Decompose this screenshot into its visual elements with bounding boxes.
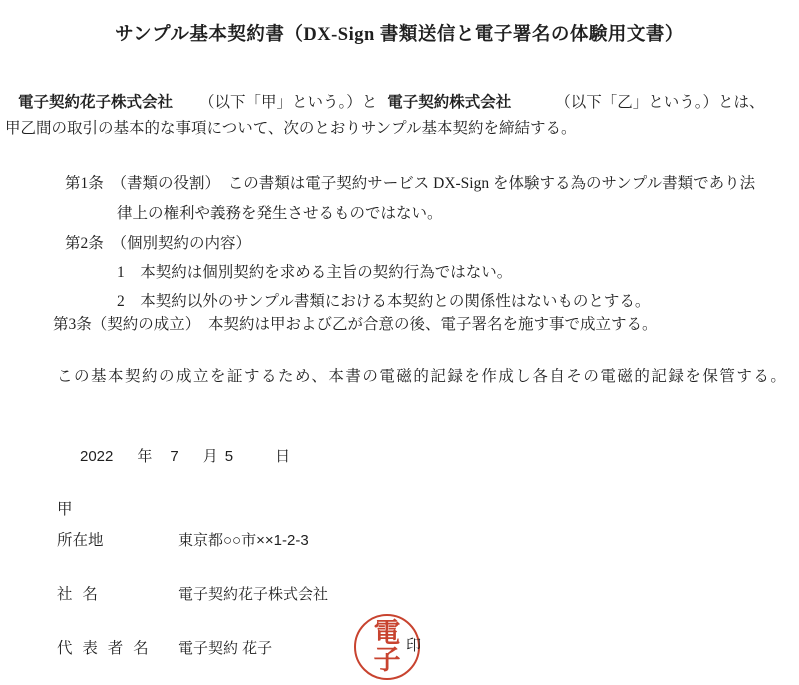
party-a-label: 甲 <box>57 497 73 519</box>
seal-char-top: 電 <box>374 620 401 647</box>
seal-in-mark: 印 <box>406 634 421 655</box>
article-2-item-1: 1 本契約は個別契約を求める主旨の契約行為ではない。 <box>117 260 512 282</box>
intro-line-2: 甲乙間の取引の基本的な事項について、次のとおりサンプル基本契約を締結する。 <box>5 116 577 138</box>
date-month-label: 月 <box>203 449 218 465</box>
article-1-line-2: 律上の権利や義務を発生させるものではない。 <box>117 201 443 223</box>
address-label: 所在地 <box>57 528 104 550</box>
contract-date: 2022年7月5日 <box>80 445 290 466</box>
address-row: 所在地 東京都○○市××1-2-3 <box>57 528 104 550</box>
article-1-line-1: 第1条 （書類の役割） この書類は電子契約サービス DX-Sign を体験する為… <box>65 171 755 193</box>
intro-line-1: 電子契約花子株式会社（以下「甲」という。）と電子契約株式会社（以下「乙」という。… <box>18 90 765 112</box>
party-b-company-name: 電子契約株式会社 <box>387 94 511 111</box>
date-month-value: 7 <box>170 448 178 465</box>
company-name-value: 電子契約花子株式会社 <box>178 583 328 604</box>
party-b-designation: （以下「乙」という。）とは、 <box>555 94 764 111</box>
seal-char-bottom: 子 <box>374 647 401 674</box>
date-day-label: 日 <box>275 449 290 465</box>
closing-sentence: この基本契約の成立を証するため、本書の電磁的記録を作成し各自その電磁的記録を保管… <box>57 364 787 386</box>
company-seal-stamp: 電 子 印 <box>354 612 424 682</box>
party-a-company-name: 電子契約花子株式会社 <box>18 94 173 111</box>
contract-document-page: サンプル基本契約書（DX-Sign 書類送信と電子署名の体験用文書） 電子契約花… <box>0 0 799 685</box>
company-name-label: 社 名 <box>57 582 98 604</box>
representative-row: 代 表 者 名 電子契約 花子 <box>57 636 149 658</box>
date-day-value: 5 <box>225 448 233 465</box>
representative-value: 電子契約 花子 <box>178 637 272 658</box>
date-year-label: 年 <box>137 449 152 465</box>
representative-label: 代 表 者 名 <box>57 636 149 658</box>
date-year-value: 2022 <box>80 448 113 465</box>
company-name-row: 社 名 電子契約花子株式会社 <box>57 582 98 604</box>
article-2-item-2: 2 本契約以外のサンプル書類における本契約との関係性はないものとする。 <box>117 289 650 311</box>
party-a-designation: （以下「甲」という。）と <box>199 94 377 111</box>
article-2-heading: 第2条 （個別契約の内容） <box>65 231 251 253</box>
article-3-line: 第3条（契約の成立） 本契約は甲および乙が合意の後、電子署名を施す事で成立する。 <box>53 312 658 334</box>
address-value: 東京都○○市××1-2-3 <box>178 529 309 550</box>
document-title: サンプル基本契約書（DX-Sign 書類送信と電子署名の体験用文書） <box>0 20 799 46</box>
